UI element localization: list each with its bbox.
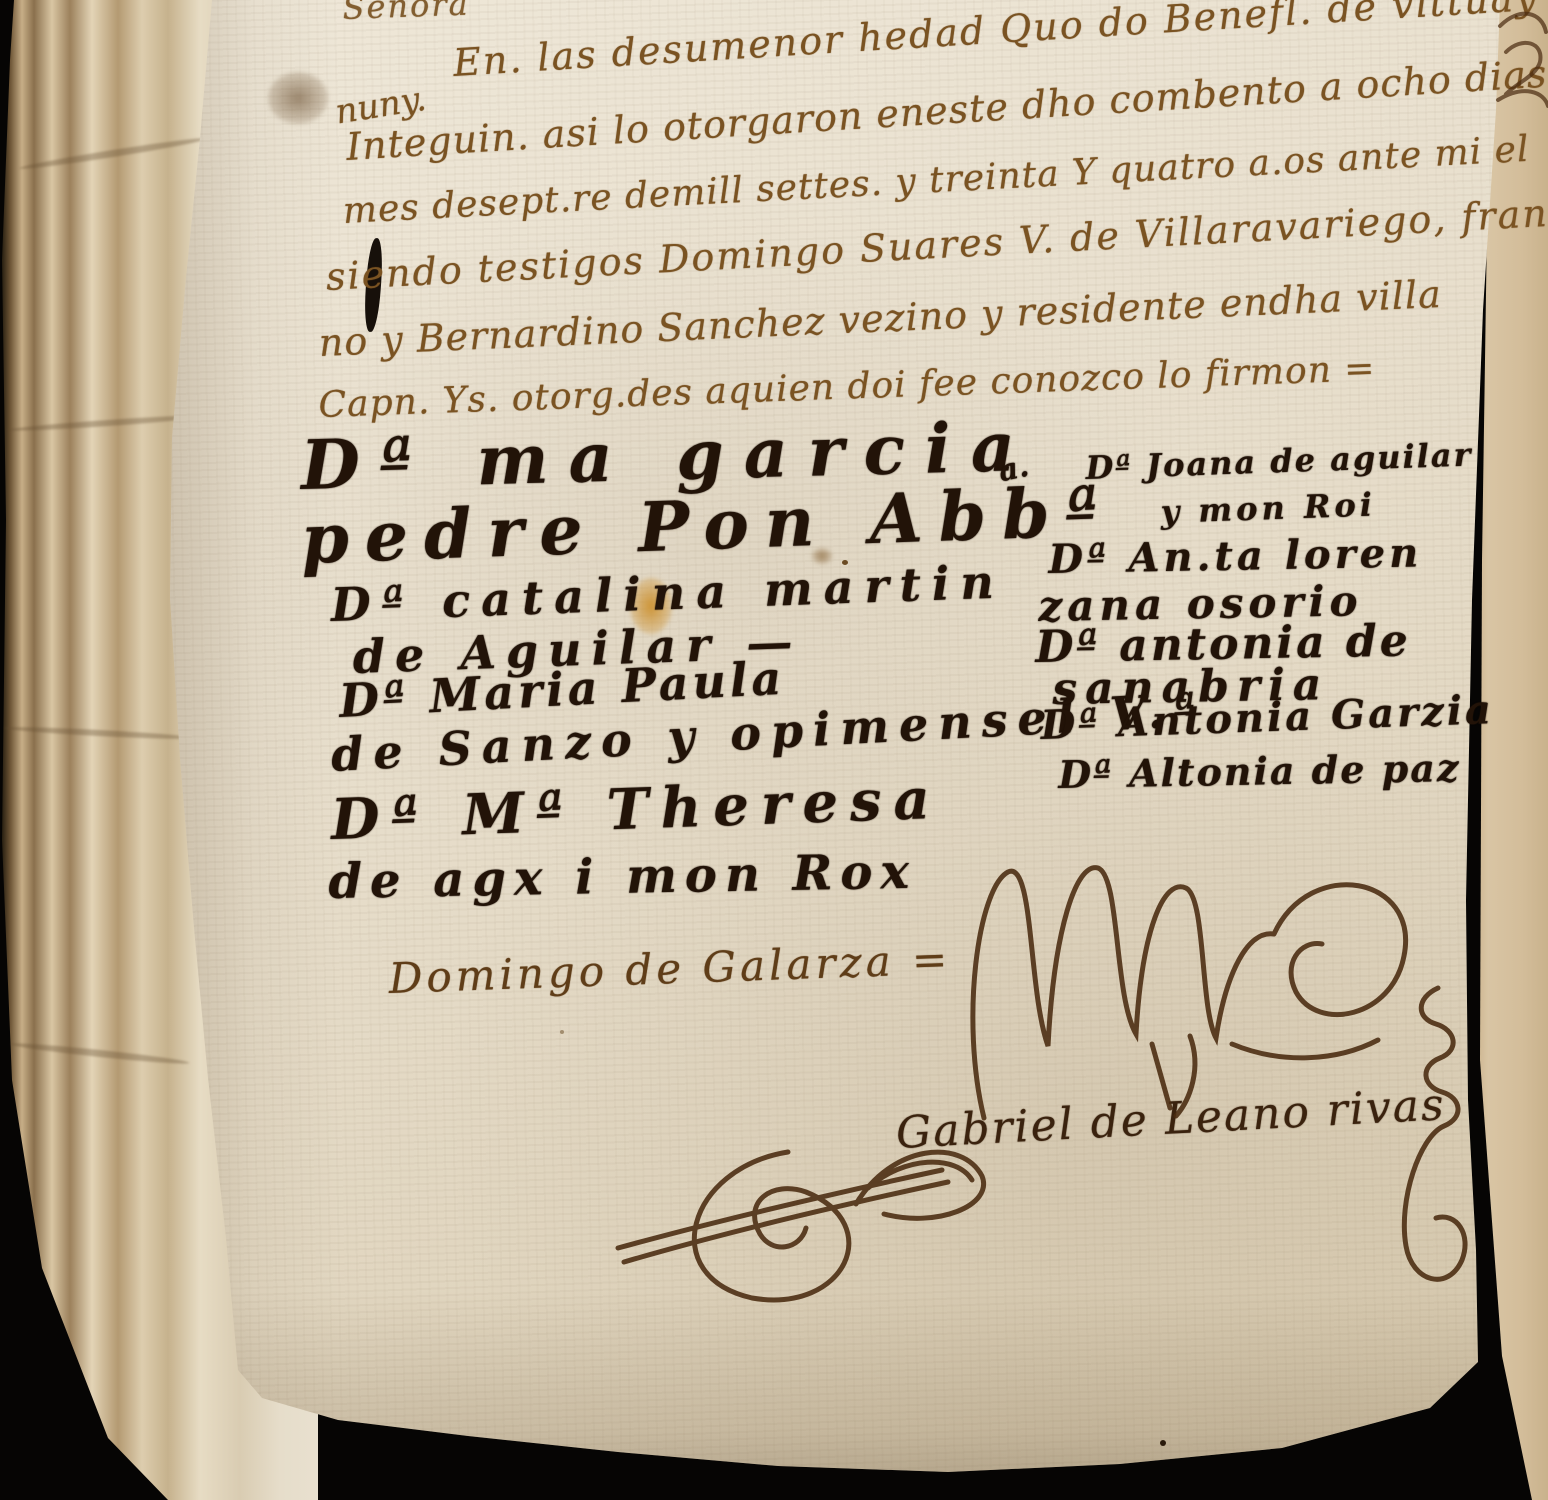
manuscript-photograph: Señora En. las desumenor hedad Quo do Be… [0,0,1548,1500]
paper-stain [268,72,328,124]
signature-nun-right: Dª An.ta loren [1048,533,1423,580]
bottom-edge-shadow [200,1290,1500,1490]
stray-ink-mark: a. [996,452,1031,488]
signature-nun-right: y mon Roi [1160,488,1376,527]
ink-speck [1160,1440,1166,1446]
body-text-line: Señora [342,0,470,24]
ink-speck [560,1030,564,1034]
signature-nun-right: Dª Altonia de paz [1058,749,1461,794]
signature-nun-left: de agx i mon Rox [328,848,917,906]
